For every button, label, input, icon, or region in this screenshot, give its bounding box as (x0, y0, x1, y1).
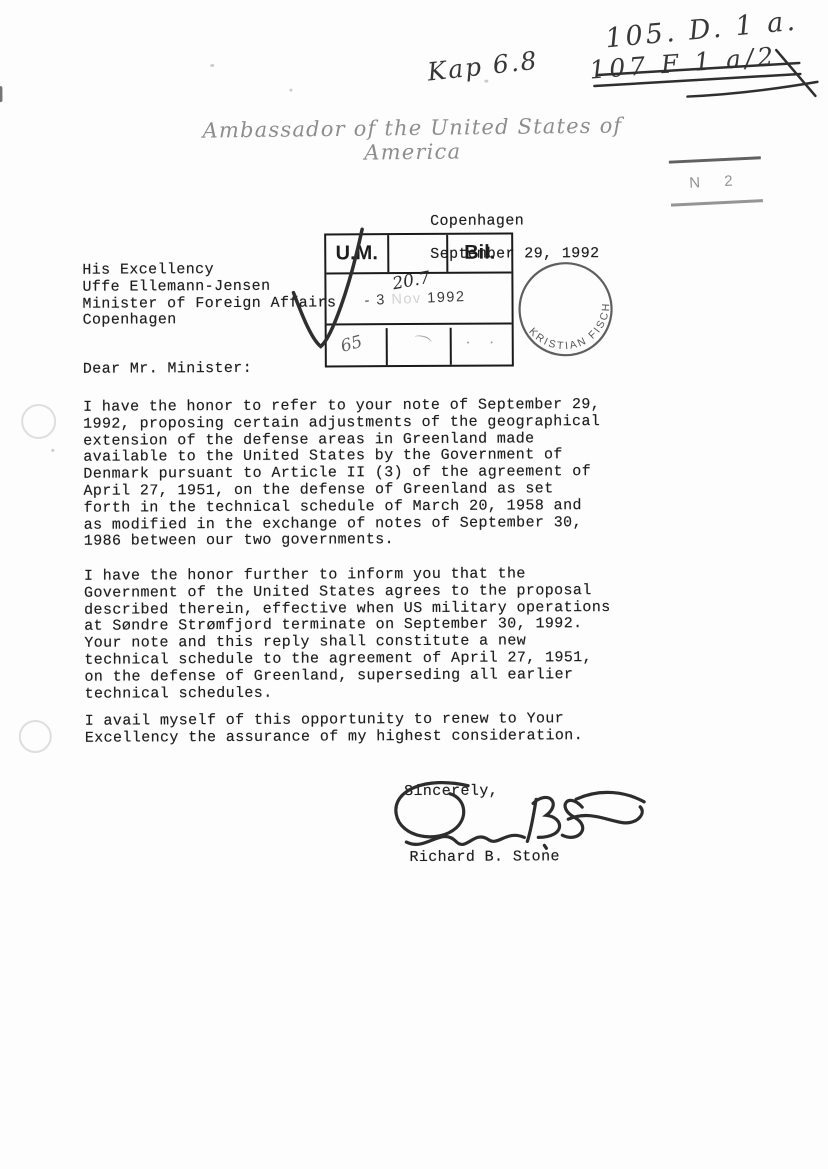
dateline-city: Copenhagen (430, 213, 599, 231)
handwritten-mark-dots: · · (466, 334, 501, 352)
registry-bottom-cell-2: ⌒ (388, 328, 452, 365)
received-date-stamp: - 3 Nov 1992 (364, 288, 466, 308)
registry-bottom-cell-1: 65 (327, 328, 388, 365)
underline-stroke (687, 82, 817, 97)
date-stamp-month: Nov (391, 290, 422, 307)
registry-stamp-box: U.M. Bil. 20.7 - 3 Nov 1992 65 ⌒ · · (324, 232, 514, 367)
scanned-letter-page: 105. D. 1 a. Kap 6.8 107 F 1 a/2 Ambassa… (0, 0, 828, 1169)
scan-speck (484, 80, 488, 83)
hole-punch-mark-top (21, 404, 56, 439)
handwritten-mark-65: 65 (338, 332, 364, 357)
body-paragraph-2: I have the honor further to inform you t… (84, 566, 645, 703)
date-stamp-day: - 3 (364, 291, 392, 308)
strikethrough-slash (776, 50, 815, 96)
date-stamp-year: 1992 (421, 288, 465, 306)
registry-stamp-date-row: 20.7 - 3 Nov 1992 (326, 274, 511, 325)
registry-cell-bil: Bil. (448, 234, 511, 271)
closing-sincerely: Sincerely, (404, 784, 498, 801)
body-paragraph-3: I avail myself of this opportunity to re… (85, 711, 645, 748)
typed-signature-name: Richard B. Stone (409, 849, 560, 867)
recipient-address: His Excellency Uffe Ellemann-Jensen Mini… (82, 261, 336, 330)
letterhead-title: Ambassador of the United States of Ameri… (177, 113, 648, 167)
handwritten-mark-curve: ⌒ (406, 328, 431, 358)
registry-bottom-cell-3: · · (452, 327, 512, 364)
scan-edge-smudge (0, 86, 2, 102)
salutation: Dear Mr. Minister: (83, 361, 252, 379)
registry-cell-blank (389, 235, 448, 272)
handwritten-kap-note: Kap 6.8 (426, 46, 540, 87)
um-label: U.M. (336, 242, 378, 265)
registry-cell-um: U.M. (326, 235, 389, 272)
hole-punch-mark-bottom (19, 720, 52, 753)
body-paragraph-1: I have the honor to refer to your note o… (83, 397, 624, 551)
registry-stamp-bottom-row: 65 ⌒ · · (327, 327, 512, 365)
bil-label: Bil. (464, 242, 495, 265)
scan-speck (51, 449, 54, 452)
scan-speck (289, 89, 292, 92)
scan-speck (210, 64, 214, 67)
n2-receipt-stamp: N 2 (669, 156, 763, 206)
